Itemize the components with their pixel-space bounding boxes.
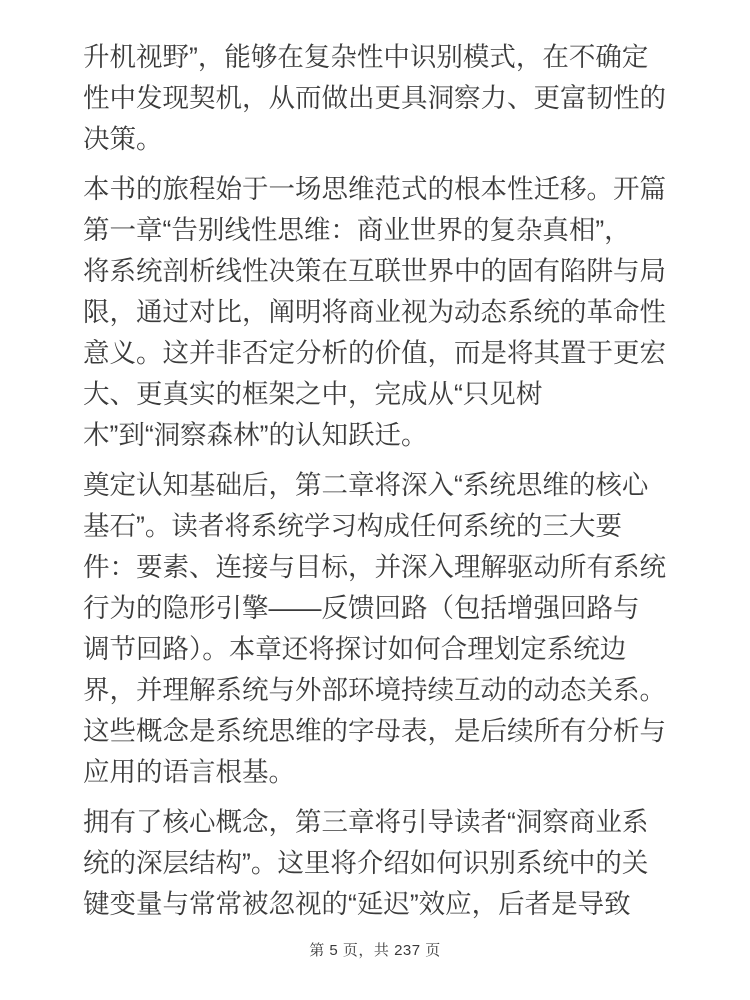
paragraph: 本书的旅程始于一场思维范式的根本性迁移。开篇 第一章“告别线性思维：商业世界的复… (83, 169, 683, 456)
paragraph: 奠定认知基础后，第二章将深入“系统思维的核心 基石”。读者将系统学习构成任何系统… (83, 465, 683, 793)
paragraph: 升机视野”，能够在复杂性中识别模式，在不确定 性中发现契机，从而做出更具洞察力、… (83, 37, 683, 160)
page-footer: 第 5 页，共 237 页 (0, 941, 750, 961)
page-number-label: 第 5 页，共 237 页 (309, 942, 441, 959)
document-page: 升机视野”，能够在复杂性中识别模式，在不确定 性中发现契机，从而做出更具洞察力、… (83, 37, 683, 934)
paragraph: 拥有了核心概念，第三章将引导读者“洞察商业系 统的深层结构”。这里将介绍如何识别… (83, 802, 683, 925)
